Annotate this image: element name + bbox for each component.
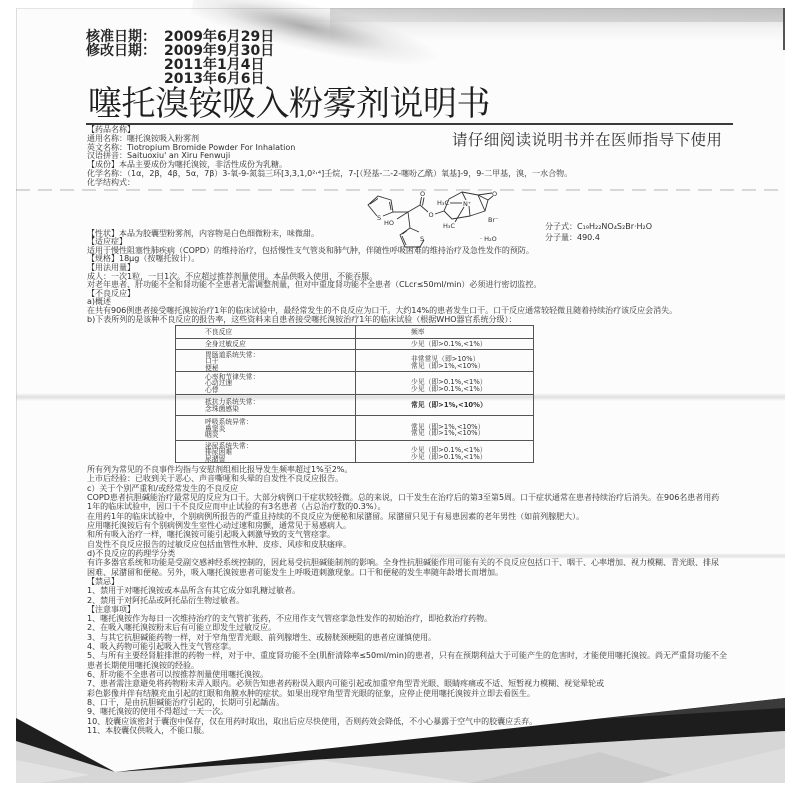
- scan-fold-shadow: [0, 0, 800, 800]
